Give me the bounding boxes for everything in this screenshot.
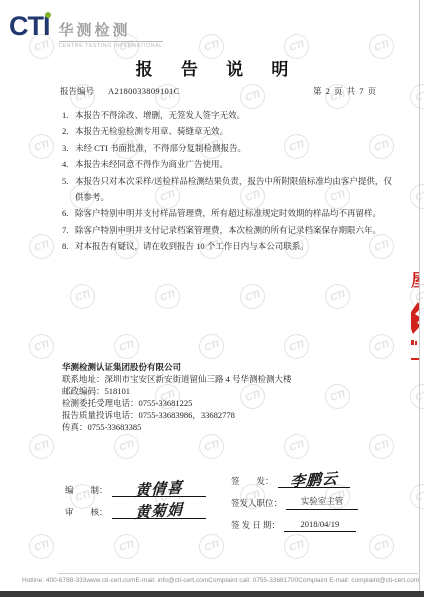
prepared-by-label: 编 制：	[65, 484, 108, 497]
reviewed-by-label: 审 核：	[65, 506, 108, 519]
note-number: 6.	[62, 205, 75, 221]
note-number: 2.	[62, 123, 75, 139]
note-item: 2.本报告无检验检测专用章、骑缝章无效。	[62, 123, 400, 139]
issuer-title-row: 签发人职位： 实验室主管	[231, 488, 361, 510]
page-right-edge	[419, 0, 420, 591]
footer-email: E-mail: info@cti-cert.com	[135, 577, 208, 584]
note-number: 4.	[62, 156, 75, 172]
report-page: CTICTICTICTICTICTICTICTICTICTICTICTICTIC…	[0, 0, 424, 597]
note-number: 8.	[62, 238, 75, 254]
prepared-by-row: 编 制： 黄倩喜	[65, 475, 215, 497]
footer-website: www.cti-cert.com	[86, 577, 135, 584]
company-info: 华测检测认证集团股份有限公司 联系地址：深圳市宝安区新安街道留仙三路 4 号华测…	[62, 362, 292, 433]
logo-cti-wordmark: CTI	[9, 11, 50, 41]
note-item: 6.除客户特别申明并支付样品管理费，所有超过标准规定时效期的样品均不再留样。	[62, 205, 400, 221]
page-title: 报 告 说 明	[0, 55, 424, 80]
seal-dash-mark	[411, 358, 419, 360]
cti-logo: CTI 华测检测 CENTRE TESTING INTERNATIONAL	[9, 11, 163, 49]
issuer-title-value: 实验室主管	[301, 495, 344, 509]
footer-hotline: Hotline: 400-6788-333	[22, 577, 86, 584]
note-text: 未经 CTI 书面批准，不得部分复制检测报告。	[75, 140, 400, 156]
note-item: 4.本报告未经同意不得作为商业广告使用。	[62, 156, 400, 172]
note-text: 对本报告有疑议，请在收到报告 10 个工作日内与本公司联系。	[75, 238, 400, 254]
logo-cti-text: CTI	[9, 11, 50, 41]
note-number: 3.	[62, 140, 75, 156]
company-postcode: 邮政编码：518101	[62, 386, 292, 398]
logo-english-name: CENTRE TESTING INTERNATIONAL	[59, 43, 163, 49]
report-number-label: 报告编号	[60, 86, 94, 96]
issued-by-label: 签 发：	[231, 475, 274, 488]
footer-complaint-call: Complaint call: 0755-33681700	[208, 577, 298, 584]
seal-small-mark	[415, 341, 417, 345]
note-item: 8.对本报告有疑议，请在收到报告 10 个工作日内与本公司联系。	[62, 238, 400, 254]
issued-by-signature: 李鹏云	[289, 473, 337, 489]
note-text: 本报告不得涂改、增删，无签发人签字无效。	[75, 107, 400, 123]
note-item: 3.未经 CTI 书面批准，不得部分复制检测报告。	[62, 140, 400, 156]
company-fax: 传真：0755-33683385	[62, 422, 292, 434]
company-phone-complaint: 报告质量投诉电话：0755-33683986，33682778	[62, 410, 292, 422]
issue-date-row: 签 发 日 期： 2018/04/19	[231, 510, 361, 532]
page-bottom-edge	[0, 591, 424, 597]
reviewed-by-signature-line: 黄菊娟	[112, 506, 206, 519]
signoff-right-column: 签 发： 李鹏云 签发人职位： 实验室主管 签 发 日 期： 2018/04/1…	[231, 466, 361, 532]
note-text: 本报告无检验检测专用章、骑缝章无效。	[75, 123, 400, 139]
footer-complaint-email: Complaint E-mail: complaint@cti-cert.com	[298, 577, 419, 584]
report-number-row: 报告编号A2180033809101C	[60, 85, 180, 97]
seal-small-mark	[411, 340, 414, 345]
prepared-by-signature-line: 黄倩喜	[112, 484, 206, 497]
issuer-title-label: 签发人职位：	[231, 497, 282, 510]
note-text: 本报告未经同意不得作为商业广告使用。	[75, 156, 400, 172]
logo-name-block: 华测检测 CENTRE TESTING INTERNATIONAL	[59, 11, 163, 49]
reviewed-by-signature: 黄菊娟	[134, 504, 182, 520]
reviewed-by-row: 审 核： 黄菊娟	[65, 497, 215, 519]
signoff-left-column: 编 制： 黄倩喜 审 核： 黄菊娟	[65, 475, 215, 519]
note-number: 1.	[62, 107, 75, 123]
footer-divider	[58, 573, 418, 574]
company-phone-acceptance: 检测委托受理电话：0755-33681225	[62, 398, 292, 410]
prepared-by-signature: 黄倩喜	[134, 482, 182, 498]
logo-chinese-name: 华测检测	[59, 19, 163, 42]
company-name: 华测检测认证集团股份有限公司	[62, 362, 292, 374]
note-item: 7.除客户特别申明并支付记录档案管理费，本次检测的所有记录档案保存期限六年。	[62, 222, 400, 238]
note-text: 除客户特别申明并支付记录档案管理费，本次检测的所有记录档案保存期限六年。	[75, 222, 400, 238]
logo-green-dot-icon	[45, 12, 51, 18]
issue-date-value: 2018/04/19	[301, 519, 340, 531]
note-text: 本报告只对本次采样/送检样品检测结果负责，报告中所附限值标准均由客户提供，仅供参…	[75, 173, 400, 206]
issued-by-row: 签 发： 李鹏云	[231, 466, 361, 488]
issue-date-label: 签 发 日 期：	[231, 519, 280, 532]
report-number-value: A2180033809101C	[108, 86, 180, 96]
note-item: 5.本报告只对本次采样/送检样品检测结果负责，报告中所附限值标准均由客户提供，仅…	[62, 173, 400, 206]
issued-by-signature-line: 李鹏云	[278, 475, 350, 488]
note-item: 1.本报告不得涂改、增删，无签发人签字无效。	[62, 107, 400, 123]
notes-list: 1.本报告不得涂改、增删，无签发人签字无效。 2.本报告无检验检测专用章、骑缝章…	[62, 107, 400, 255]
issue-date-line: 2018/04/19	[284, 519, 356, 532]
page-number: 第 2 页 共 7 页	[313, 85, 377, 97]
footer-contact-bar: Hotline: 400-6788-333 www.cti-cert.com E…	[22, 577, 410, 584]
note-text: 除客户特别申明并支付样品管理费，所有超过标准规定时效期的样品均不再留样。	[75, 205, 400, 221]
note-number: 7.	[62, 222, 75, 238]
company-address: 联系地址：深圳市宝安区新安街道留仙三路 4 号华测检测大楼	[62, 374, 292, 386]
issuer-title-line: 实验室主管	[286, 495, 358, 510]
note-number: 5.	[62, 173, 75, 206]
